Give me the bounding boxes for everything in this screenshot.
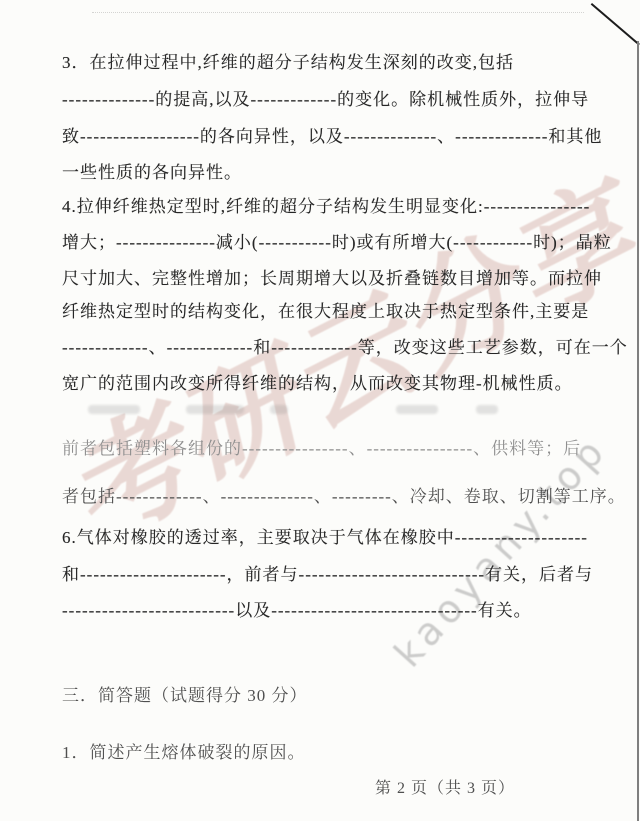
- q4-line-5: -------------、-------------和------------…: [62, 333, 602, 358]
- q3-line-4: 一些性质的各向异性。: [62, 158, 602, 183]
- scan-page-edge-line: [637, 41, 639, 821]
- watermark-url-text: kaoyany.top: [388, 429, 614, 674]
- ink-smudge: [270, 405, 288, 414]
- scan-dotted-artifact: [92, 12, 584, 13]
- q3-line-1: 3．在拉伸过程中,纤维的超分子结构发生深刻的改变,包括: [62, 48, 602, 73]
- q3-line-3: 致------------------的各向异性，以及-------------…: [62, 122, 602, 147]
- q4-line-6: 宽广的范围内改变所得纤维的结构，从而改变其物理-机械性质。: [62, 369, 602, 394]
- ink-smudge: [476, 405, 498, 414]
- q3-line-2: --------------的提高,以及-------------的变化。除机械…: [62, 85, 602, 110]
- q5-line-2: 前者包括塑料各组份的----------------、-------------…: [62, 434, 602, 459]
- q4-line-3: 尺寸加大、完整性增加；长周期增大以及折叠链数目增加等。而拉伸: [62, 264, 602, 289]
- q4-line-4: 纤维热定型时的结构变化，在很大程度上取决于热定型条件,主要是: [62, 297, 602, 322]
- q5-line-3: 者包括-------------、--------------、--------…: [62, 482, 602, 507]
- page-footer: 第 2 页（共 3 页）: [375, 775, 640, 798]
- ink-smudge: [186, 405, 244, 414]
- q6-line-2: 和----------------------，前者与-------------…: [62, 560, 602, 585]
- ink-smudge: [88, 405, 140, 414]
- q4-line-2: 增大；---------------减小(-----------时)或有所增大(…: [62, 228, 602, 253]
- q6-line-1: 6.气体对橡胶的透过率，主要取决于气体在橡胶中-----------------…: [62, 523, 602, 548]
- q6-line-3: --------------------------以及------------…: [62, 596, 602, 621]
- q5-illegible-faded-line: [0, 403, 640, 417]
- short-answer-question-1: 1．简述产生熔体破裂的原因。: [62, 738, 602, 763]
- section-3-heading: 三．简答题（试题得分 30 分）: [62, 681, 602, 706]
- ink-smudge: [396, 405, 438, 414]
- q4-line-1: 4.拉伸纤维热定型时,纤维的超分子结构发生明显变化:--------------…: [62, 192, 602, 217]
- scan-corner-fold-line: [591, 3, 640, 45]
- exam-page-scan: 考研云分享 kaoyany.top 3．在拉伸过程中,纤维的超分子结构发生深刻的…: [0, 0, 640, 821]
